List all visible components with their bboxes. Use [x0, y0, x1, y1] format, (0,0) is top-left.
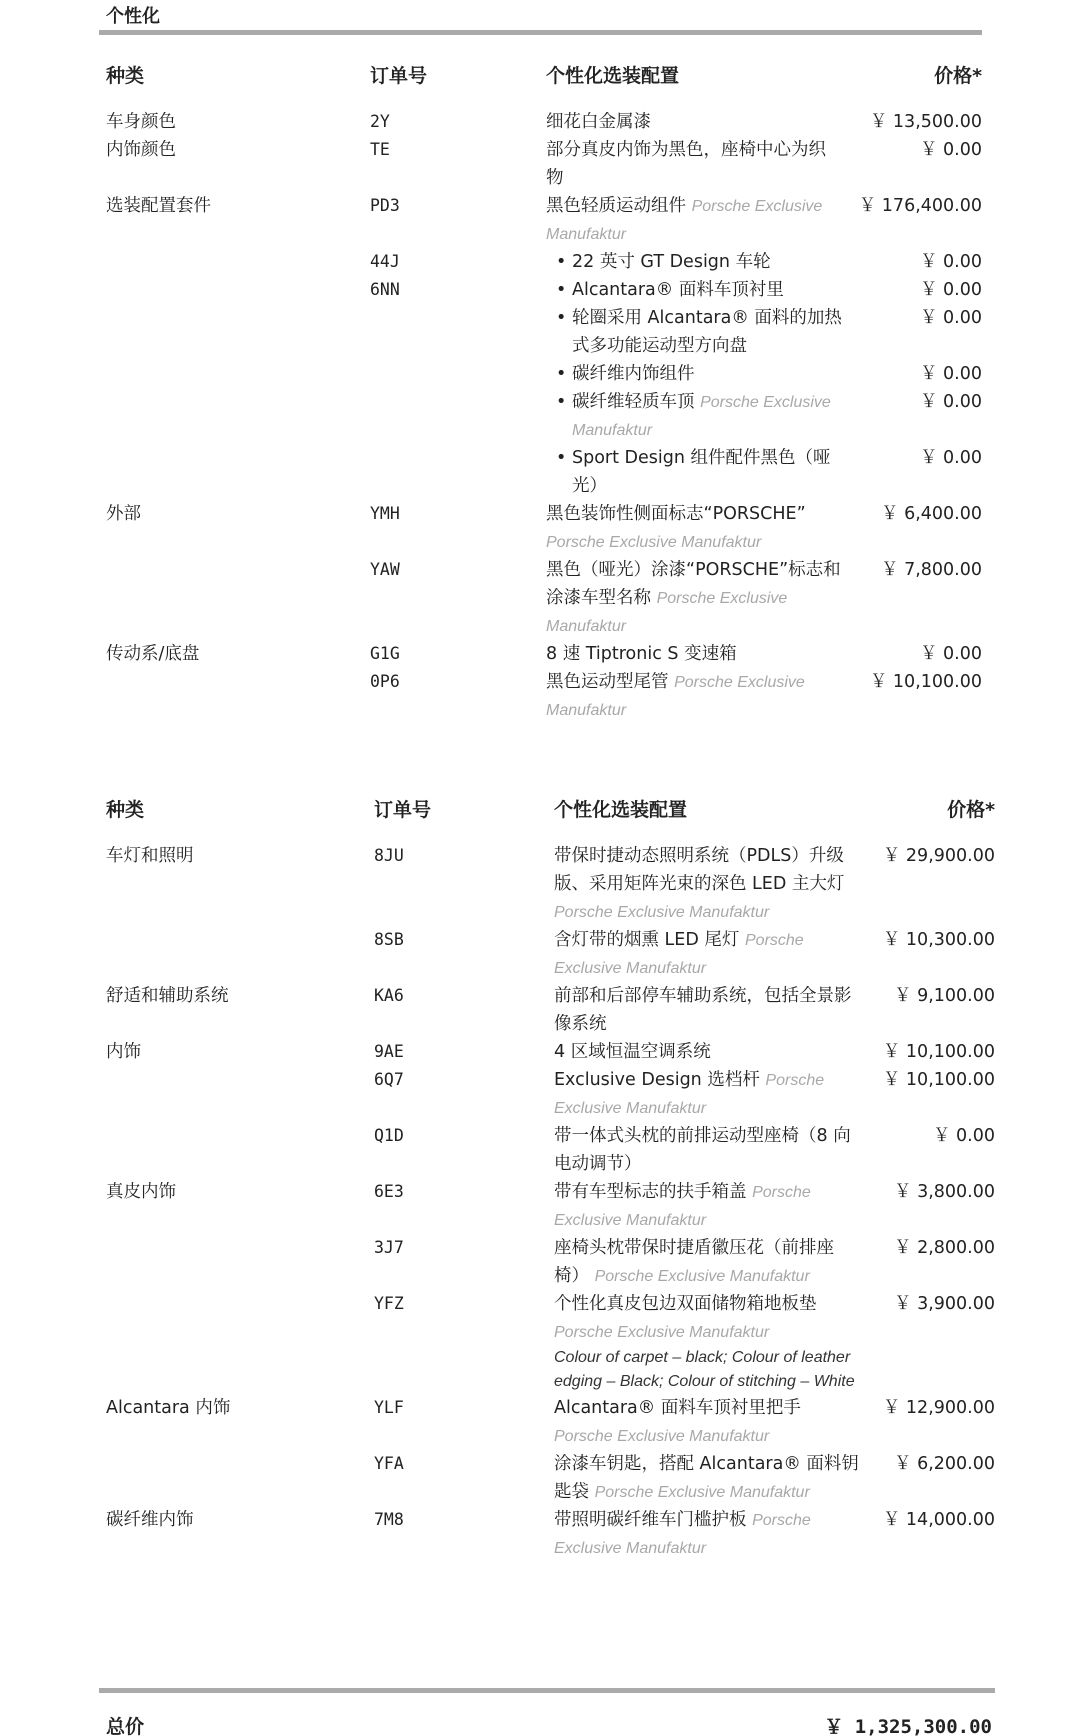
- manufaktur-tag: Porsche Exclusive Manufaktur: [595, 1268, 810, 1285]
- option-cell: 8 速 Tiptronic S 变速箱: [546, 640, 842, 668]
- order-code: 3J7: [374, 1238, 404, 1257]
- order-code-cell: 44J: [370, 248, 546, 276]
- price-value: ￥ 0.00: [933, 1126, 995, 1146]
- option-name: 前部和后部停车辅助系统，包括全景影像系统: [554, 986, 852, 1034]
- order-code-cell: Q1D: [374, 1122, 554, 1178]
- header-code: 订单号: [370, 62, 546, 108]
- total-divider: [99, 1688, 995, 1693]
- table-header: 种类 订单号 个性化选装配置 价格*: [106, 796, 995, 842]
- option-cell: •轮圈采用 Alcantara® 面料的加热式多功能运动型方向盘: [546, 304, 842, 360]
- category-cell: [106, 444, 370, 500]
- option-cell: 4 区域恒温空调系统: [554, 1038, 860, 1066]
- option-name: Alcantara® 面料车顶衬里: [572, 280, 784, 300]
- price-value: ￥ 3,800.00: [894, 1182, 995, 1202]
- table-row: 0P6黑色运动型尾管 Porsche Exclusive Manufaktur￥…: [106, 668, 982, 724]
- price-value: ￥ 10,100.00: [870, 672, 982, 692]
- option-cell: •22 英寸 GT Design 车轮: [546, 248, 842, 276]
- order-code: 6Q7: [374, 1070, 404, 1089]
- order-code: 9AE: [374, 1042, 404, 1061]
- price-cell: ￥ 3,900.00: [860, 1290, 995, 1394]
- table-row: 6NN•Alcantara® 面料车顶衬里￥ 0.00: [106, 276, 982, 304]
- price-cell: ￥ 10,100.00: [860, 1066, 995, 1122]
- table-row: 真皮内饰6E3带有车型标志的扶手箱盖 Porsche Exclusive Man…: [106, 1178, 995, 1234]
- price-cell: ￥ 3,800.00: [860, 1178, 995, 1234]
- table-row: 8SB含灯带的烟熏 LED 尾灯 Porsche Exclusive Manuf…: [106, 926, 995, 982]
- category-cell: [106, 668, 370, 724]
- price-value: ￥ 0.00: [920, 140, 982, 160]
- order-code-cell: 3J7: [374, 1234, 554, 1290]
- table-row: 碳纤维内饰7M8带照明碳纤维车门槛护板 Porsche Exclusive Ma…: [106, 1506, 995, 1562]
- order-code-cell: PD3: [370, 192, 546, 248]
- price-value: ￥ 9,100.00: [894, 986, 995, 1006]
- option-cell: 黑色运动型尾管 Porsche Exclusive Manufaktur: [546, 668, 842, 724]
- option-name: 碳纤维内饰组件: [572, 364, 695, 384]
- order-code: 8SB: [374, 930, 404, 949]
- order-code: 8JU: [374, 846, 404, 865]
- option-cell: Alcantara® 面料车顶衬里把手 Porsche Exclusive Ma…: [554, 1394, 860, 1450]
- order-code: KA6: [374, 986, 404, 1005]
- option-cell: Exclusive Design 选档杆 Porsche Exclusive M…: [554, 1066, 860, 1122]
- category-cell: [106, 248, 370, 276]
- category-text: 传动系/底盘: [106, 644, 199, 664]
- price-value: ￥ 10,100.00: [883, 1070, 995, 1090]
- option-cell: 黑色轻质运动组件 Porsche Exclusive Manufaktur: [546, 192, 842, 248]
- table-row: 选装配置套件PD3黑色轻质运动组件 Porsche Exclusive Manu…: [106, 192, 982, 248]
- table-row: •碳纤维内饰组件￥ 0.00: [106, 360, 982, 388]
- bullet-icon: •: [556, 248, 566, 276]
- order-code-cell: [370, 360, 546, 388]
- price-cell: ￥ 0.00: [842, 136, 982, 192]
- price-cell: ￥ 0.00: [842, 640, 982, 668]
- option-name: 含灯带的烟熏 LED 尾灯: [554, 930, 739, 950]
- category-cell: [106, 926, 374, 982]
- table-row: •轮圈采用 Alcantara® 面料的加热式多功能运动型方向盘￥ 0.00: [106, 304, 982, 360]
- category-cell: 车身颜色: [106, 108, 370, 136]
- price-cell: ￥ 0.00: [842, 304, 982, 360]
- option-name: Exclusive Design 选档杆: [554, 1070, 760, 1090]
- price-value: ￥ 0.00: [920, 308, 982, 328]
- option-name: 黑色轻质运动组件: [546, 196, 686, 216]
- order-code-cell: 6Q7: [374, 1066, 554, 1122]
- order-code-cell: TE: [370, 136, 546, 192]
- bullet-icon: •: [556, 444, 566, 472]
- category-cell: 内饰颜色: [106, 136, 370, 192]
- option-name: 细花白金属漆: [546, 112, 651, 132]
- price-cell: ￥ 9,100.00: [860, 982, 995, 1038]
- manufaktur-tag: Porsche Exclusive Manufaktur: [595, 1484, 810, 1501]
- order-code-cell: [370, 444, 546, 500]
- option-cell: 前部和后部停车辅助系统，包括全景影像系统: [554, 982, 860, 1038]
- price-cell: ￥ 10,300.00: [860, 926, 995, 982]
- order-code-cell: 9AE: [374, 1038, 554, 1066]
- option-name: 轮圈采用 Alcantara® 面料的加热式多功能运动型方向盘: [572, 308, 842, 356]
- header-price: 价格*: [860, 796, 995, 842]
- option-cell: •碳纤维轻质车顶 Porsche Exclusive Manufaktur: [546, 388, 842, 444]
- option-cell: 带有车型标志的扶手箱盖 Porsche Exclusive Manufaktur: [554, 1178, 860, 1234]
- order-code: YFA: [374, 1454, 404, 1473]
- header-option: 个性化选装配置: [554, 796, 860, 842]
- order-code: Q1D: [374, 1126, 404, 1145]
- category-cell: 碳纤维内饰: [106, 1506, 374, 1562]
- manufaktur-tag: Porsche Exclusive Manufaktur: [554, 1428, 769, 1445]
- order-code: YFZ: [374, 1294, 404, 1313]
- price-cell: ￥ 0.00: [842, 276, 982, 304]
- order-code: YMH: [370, 504, 400, 523]
- order-code: 6NN: [370, 280, 400, 299]
- category-cell: [106, 360, 370, 388]
- category-text: 车灯和照明: [106, 846, 194, 866]
- bullet-icon: •: [556, 276, 566, 304]
- total-price: ￥ 1,325,300.00: [824, 1712, 992, 1736]
- order-code: G1G: [370, 644, 400, 663]
- table-row: 舒适和辅助系统KA6前部和后部停车辅助系统，包括全景影像系统￥ 9,100.00: [106, 982, 995, 1038]
- manufaktur-tag: Porsche Exclusive Manufaktur: [554, 904, 769, 921]
- option-cell: 含灯带的烟熏 LED 尾灯 Porsche Exclusive Manufakt…: [554, 926, 860, 982]
- category-cell: [106, 388, 370, 444]
- option-name: 部分真皮内饰为黑色，座椅中心为织物: [546, 140, 826, 188]
- table-row: •Sport Design 组件配件黑色（哑光）￥ 0.00: [106, 444, 982, 500]
- category-cell: [106, 556, 370, 640]
- category-text: 内饰: [106, 1042, 141, 1062]
- price-cell: ￥ 10,100.00: [842, 668, 982, 724]
- option-cell: 黑色（哑光）涂漆“PORSCHE”标志和涂漆车型名称 Porsche Exclu…: [546, 556, 842, 640]
- option-cell: 带照明碳纤维车门槛护板 Porsche Exclusive Manufaktur: [554, 1506, 860, 1562]
- category-text: Alcantara 内饰: [106, 1398, 230, 1418]
- table-row: YFA涂漆车钥匙，搭配 Alcantara® 面料钥匙袋 Porsche Exc…: [106, 1450, 995, 1506]
- options-table-1: 种类 订单号 个性化选装配置 价格* 车身颜色2Y细花白金属漆￥ 13,500.…: [106, 62, 982, 724]
- option-name: 黑色运动型尾管: [546, 672, 669, 692]
- price-value: ￥ 29,900.00: [883, 846, 995, 866]
- order-code: 7M8: [374, 1510, 404, 1529]
- category-cell: [106, 1234, 374, 1290]
- table-row: 内饰9AE4 区域恒温空调系统￥ 10,100.00: [106, 1038, 995, 1066]
- price-cell: ￥ 176,400.00: [842, 192, 982, 248]
- option-name: Alcantara® 面料车顶衬里把手: [554, 1398, 801, 1418]
- price-value: ￥ 0.00: [920, 644, 982, 664]
- option-name: 带有车型标志的扶手箱盖: [554, 1182, 747, 1202]
- category-cell: [106, 1290, 374, 1394]
- table-header: 种类 订单号 个性化选装配置 价格*: [106, 62, 982, 108]
- option-name: 22 英寸 GT Design 车轮: [572, 252, 771, 272]
- order-code-cell: 7M8: [374, 1506, 554, 1562]
- order-code-cell: G1G: [370, 640, 546, 668]
- option-name: 带照明碳纤维车门槛护板: [554, 1510, 747, 1530]
- category-cell: [106, 1066, 374, 1122]
- order-code: 0P6: [370, 672, 400, 691]
- price-cell: ￥ 2,800.00: [860, 1234, 995, 1290]
- option-cell: 座椅头枕带保时捷盾徽压花（前排座椅） Porsche Exclusive Man…: [554, 1234, 860, 1290]
- bullet-icon: •: [556, 360, 566, 388]
- category-text: 真皮内饰: [106, 1182, 176, 1202]
- category-cell: [106, 304, 370, 360]
- price-cell: ￥ 6,200.00: [860, 1450, 995, 1506]
- option-cell: 带一体式头枕的前排运动型座椅（8 向电动调节）: [554, 1122, 860, 1178]
- price-value: ￥ 176,400.00: [859, 196, 982, 216]
- table-row: 内饰颜色TE部分真皮内饰为黑色，座椅中心为织物￥ 0.00: [106, 136, 982, 192]
- order-code: TE: [370, 140, 390, 159]
- header-code: 订单号: [374, 796, 554, 842]
- option-cell: •Sport Design 组件配件黑色（哑光）: [546, 444, 842, 500]
- header-option: 个性化选装配置: [546, 62, 842, 108]
- price-value: ￥ 0.00: [920, 448, 982, 468]
- category-text: 选装配置套件: [106, 196, 211, 216]
- option-cell: 细花白金属漆: [546, 108, 842, 136]
- category-text: 车身颜色: [106, 112, 176, 132]
- order-code-cell: YMH: [370, 500, 546, 556]
- order-code-cell: 0P6: [370, 668, 546, 724]
- price-cell: ￥ 0.00: [842, 248, 982, 276]
- option-cell: 涂漆车钥匙，搭配 Alcantara® 面料钥匙袋 Porsche Exclus…: [554, 1450, 860, 1506]
- category-text: 舒适和辅助系统: [106, 986, 229, 1006]
- order-code-cell: YLF: [374, 1394, 554, 1450]
- table-row: Q1D带一体式头枕的前排运动型座椅（8 向电动调节）￥ 0.00: [106, 1122, 995, 1178]
- price-value: ￥ 14,000.00: [883, 1510, 995, 1530]
- option-name: 个性化真皮包边双面储物箱地板垫: [554, 1294, 817, 1314]
- order-code-cell: [370, 388, 546, 444]
- price-value: ￥ 6,400.00: [881, 504, 982, 524]
- category-text: 内饰颜色: [106, 140, 176, 160]
- price-cell: ￥ 0.00: [842, 388, 982, 444]
- price-value: ￥ 0.00: [920, 392, 982, 412]
- header-category: 种类: [106, 796, 374, 842]
- price-cell: ￥ 6,400.00: [842, 500, 982, 556]
- order-code-cell: YAW: [370, 556, 546, 640]
- price-cell: ￥ 0.00: [860, 1122, 995, 1178]
- category-text: 碳纤维内饰: [106, 1510, 194, 1530]
- total-label: 总价: [106, 1712, 144, 1736]
- category-cell: [106, 1450, 374, 1506]
- category-cell: 车灯和照明: [106, 842, 374, 926]
- table-row: 传动系/底盘G1G8 速 Tiptronic S 变速箱￥ 0.00: [106, 640, 982, 668]
- category-cell: 外部: [106, 500, 370, 556]
- table-row: 车身颜色2Y细花白金属漆￥ 13,500.00: [106, 108, 982, 136]
- order-code: 44J: [370, 252, 400, 271]
- order-code: PD3: [370, 196, 400, 215]
- option-name: Sport Design 组件配件黑色（哑光）: [572, 448, 831, 496]
- price-value: ￥ 13,500.00: [870, 112, 982, 132]
- category-cell: [106, 1122, 374, 1178]
- bullet-icon: •: [556, 388, 566, 416]
- table-row: Alcantara 内饰YLFAlcantara® 面料车顶衬里把手 Porsc…: [106, 1394, 995, 1450]
- category-cell: 真皮内饰: [106, 1178, 374, 1234]
- category-cell: 舒适和辅助系统: [106, 982, 374, 1038]
- option-name: 8 速 Tiptronic S 变速箱: [546, 644, 737, 664]
- option-name: 碳纤维轻质车顶: [572, 392, 695, 412]
- options-table-2: 种类 订单号 个性化选装配置 价格* 车灯和照明8JU带保时捷动态照明系统（PD…: [106, 796, 995, 1562]
- table-row: YAW黑色（哑光）涂漆“PORSCHE”标志和涂漆车型名称 Porsche Ex…: [106, 556, 982, 640]
- category-cell: 选装配置套件: [106, 192, 370, 248]
- order-code: YAW: [370, 560, 400, 579]
- top-divider: [99, 30, 982, 35]
- table-row: YFZ个性化真皮包边双面储物箱地板垫 Porsche Exclusive Man…: [106, 1290, 995, 1394]
- order-code-cell: [370, 304, 546, 360]
- order-code-cell: KA6: [374, 982, 554, 1038]
- price-cell: ￥ 10,100.00: [860, 1038, 995, 1066]
- option-note: Colour of carpet – black; Colour of leat…: [554, 1346, 860, 1394]
- price-value: ￥ 3,900.00: [894, 1294, 995, 1314]
- table-row: 6Q7Exclusive Design 选档杆 Porsche Exclusiv…: [106, 1066, 995, 1122]
- option-name: 带一体式头枕的前排运动型座椅（8 向电动调节）: [554, 1126, 851, 1174]
- category-cell: 内饰: [106, 1038, 374, 1066]
- bullet-icon: •: [556, 304, 566, 332]
- price-value: ￥ 0.00: [920, 280, 982, 300]
- manufaktur-tag: Porsche Exclusive Manufaktur: [546, 534, 761, 551]
- price-value: ￥ 2,800.00: [894, 1238, 995, 1258]
- price-value: ￥ 7,800.00: [881, 560, 982, 580]
- table-row: 44J•22 英寸 GT Design 车轮￥ 0.00: [106, 248, 982, 276]
- order-code-cell: 8JU: [374, 842, 554, 926]
- option-cell: 带保时捷动态照明系统（PDLS）升级版、采用矩阵光束的深色 LED 主大灯 Po…: [554, 842, 860, 926]
- price-value: ￥ 6,200.00: [894, 1454, 995, 1474]
- price-cell: ￥ 29,900.00: [860, 842, 995, 926]
- manufaktur-tag: Porsche Exclusive Manufaktur: [554, 1324, 769, 1341]
- price-cell: ￥ 14,000.00: [860, 1506, 995, 1562]
- order-code-cell: 6E3: [374, 1178, 554, 1234]
- table-row: 车灯和照明8JU带保时捷动态照明系统（PDLS）升级版、采用矩阵光束的深色 LE…: [106, 842, 995, 926]
- order-code-cell: YFA: [374, 1450, 554, 1506]
- table-row: 外部YMH黑色装饰性侧面标志“PORSCHE” Porsche Exclusiv…: [106, 500, 982, 556]
- price-cell: ￥ 12,900.00: [860, 1394, 995, 1450]
- category-text: 外部: [106, 504, 141, 524]
- option-name: 带保时捷动态照明系统（PDLS）升级版、采用矩阵光束的深色 LED 主大灯: [554, 846, 844, 894]
- price-cell: ￥ 0.00: [842, 360, 982, 388]
- price-value: ￥ 10,300.00: [883, 930, 995, 950]
- option-cell: 个性化真皮包边双面储物箱地板垫 Porsche Exclusive Manufa…: [554, 1290, 860, 1394]
- price-cell: ￥ 7,800.00: [842, 556, 982, 640]
- option-cell: •碳纤维内饰组件: [546, 360, 842, 388]
- price-cell: ￥ 0.00: [842, 444, 982, 500]
- option-cell: •Alcantara® 面料车顶衬里: [546, 276, 842, 304]
- price-value: ￥ 0.00: [920, 252, 982, 272]
- option-cell: 黑色装饰性侧面标志“PORSCHE” Porsche Exclusive Man…: [546, 500, 842, 556]
- category-cell: 传动系/底盘: [106, 640, 370, 668]
- price-value: ￥ 0.00: [920, 364, 982, 384]
- order-code-cell: 2Y: [370, 108, 546, 136]
- header-category: 种类: [106, 62, 370, 108]
- price-value: ￥ 12,900.00: [883, 1398, 995, 1418]
- order-code: 6E3: [374, 1182, 404, 1201]
- order-code: 2Y: [370, 112, 390, 131]
- order-code: YLF: [374, 1398, 404, 1417]
- order-code-cell: 8SB: [374, 926, 554, 982]
- option-cell: 部分真皮内饰为黑色，座椅中心为织物: [546, 136, 842, 192]
- price-cell: ￥ 13,500.00: [842, 108, 982, 136]
- option-name: 黑色装饰性侧面标志“PORSCHE”: [546, 504, 806, 524]
- header-price: 价格*: [842, 62, 982, 108]
- order-code-cell: YFZ: [374, 1290, 554, 1394]
- order-code-cell: 6NN: [370, 276, 546, 304]
- price-value: ￥ 10,100.00: [883, 1042, 995, 1062]
- option-name: 4 区域恒温空调系统: [554, 1042, 711, 1062]
- table-row: •碳纤维轻质车顶 Porsche Exclusive Manufaktur￥ 0…: [106, 388, 982, 444]
- section-title: 个性化: [106, 2, 160, 28]
- table-row: 3J7座椅头枕带保时捷盾徽压花（前排座椅） Porsche Exclusive …: [106, 1234, 995, 1290]
- category-cell: [106, 276, 370, 304]
- category-cell: Alcantara 内饰: [106, 1394, 374, 1450]
